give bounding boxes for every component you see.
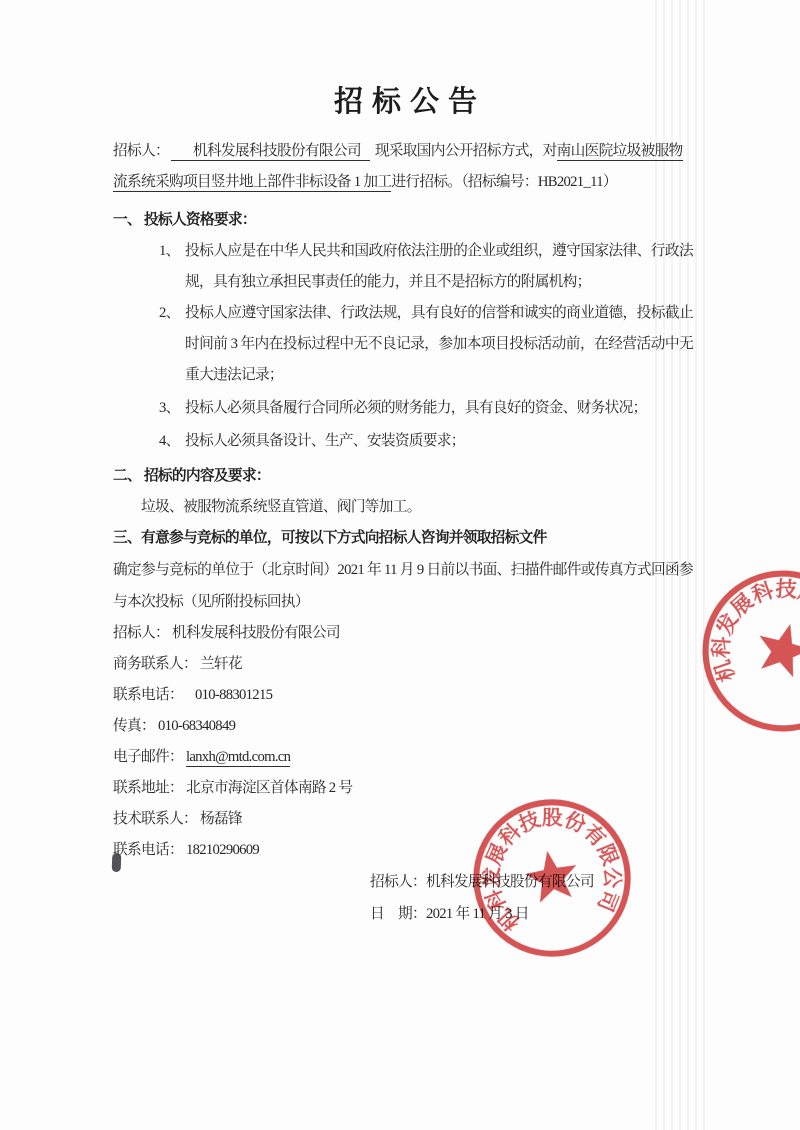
ink-smudge (112, 853, 122, 872)
intro-paragraph: 招标人：机科发展科技股份有限公司现采取国内公开招标方式，对南山医院垃圾被服物 流… (113, 136, 693, 198)
section-1-heading: 一、 投标人资格要求： (113, 205, 693, 236)
email-link[interactable]: lanxh@mtd.com.cn (186, 749, 290, 767)
list-item: 2、 投标人应遵守国家法律、行政法规，具有良好的信誉和诚实的商业道德，投标截止时… (113, 298, 693, 391)
contact-line-business-contact: 商务联系人：兰轩花 (113, 649, 693, 680)
section-3-heading: 三、有意参与竞标的单位，可按以下方式向招标人咨询并领取招标文件 (113, 523, 693, 554)
contact-value: 18210290609 (186, 842, 259, 858)
contact-line-fax: 传真：010-68340849 (113, 711, 693, 742)
contact-value: 北京市海淀区首体南路 2 号 (186, 780, 352, 796)
list-item: 3、 投标人必须具备履行合同所必须的财务能力，具有良好的资金、财务状况； (113, 393, 693, 424)
contact-line-phone: 联系电话：010-88301215 (113, 680, 693, 711)
contact-value: 兰轩花 (200, 656, 242, 672)
list-item: 1、 投标人应是在中华人民共和国政府依法注册的企业或组织，遵守国家法律、行政法规… (113, 236, 693, 298)
contact-value: 杨磊锋 (200, 811, 242, 827)
list-item-text: 投标人必须具备履行合同所必须的财务能力，具有良好的资金、财务状况； (185, 393, 693, 424)
list-item-text: 投标人必须具备设计、生产、安装资质要求； (185, 426, 693, 457)
list-item-text: 投标人应遵守国家法律、行政法规，具有良好的信誉和诚实的商业道德，投标截止时间前 … (185, 298, 693, 391)
contact-line-email: 电子邮件：lanxh@mtd.com.cn (113, 742, 693, 773)
intro-mid-text: 现采取国内公开招标方式，对 (375, 143, 557, 159)
contact-value: 010-88301215 (195, 687, 272, 703)
intro-line-1: 招标人：机科发展科技股份有限公司现采取国内公开招标方式，对南山医院垃圾被服物 (113, 136, 693, 167)
list-item-number: 2、 (159, 298, 185, 391)
company-seal-stamp-top-right: 机科发展科技股份有限公司 (675, 543, 800, 759)
contact-label: 招标人： (113, 625, 169, 641)
contact-value: 010-68340849 (158, 718, 235, 734)
contact-line-bidder: 招标人：机科发展科技股份有限公司 (113, 618, 693, 649)
contact-label: 传真： (113, 718, 155, 734)
contact-label: 联系电话： (113, 842, 183, 858)
contact-label: 技术联系人： (113, 811, 197, 827)
page-title: 招标公告 (113, 84, 693, 120)
intro-tail-text: 进行招标。（招标编号：HB2021_11） (391, 174, 616, 190)
contact-label: 联系地址： (113, 780, 183, 796)
list-item-text: 投标人应是在中华人民共和国政府依法注册的企业或组织，遵守国家法律、行政法规，具有… (185, 236, 693, 298)
list-item-number: 1、 (159, 236, 185, 298)
list-item-number: 3、 (159, 393, 185, 424)
section-2-body: 垃圾、被服物流系统竖直管道、阀门等加工。 (141, 492, 693, 523)
project-name-part2-underlined: 流系统采购项目竖井地上部件非标设备 1 加工 (113, 174, 391, 192)
signature-date-label: 日 期： (370, 906, 426, 922)
intro-line-2: 流系统采购项目竖井地上部件非标设备 1 加工进行招标。（招标编号：HB2021_… (113, 167, 693, 198)
contact-label: 电子邮件： (113, 749, 183, 765)
section-3-paragraph: 确定参与竞标的单位于（北京时间）2021 年 11 月 9 日前以书面、扫描件邮… (113, 554, 693, 618)
section-2-heading: 二、 招标的内容及要求： (113, 461, 693, 492)
bidder-label: 招标人： (113, 143, 169, 159)
contact-value: 机科发展科技股份有限公司 (172, 625, 340, 641)
seal-star-icon (521, 846, 581, 904)
list-item: 4、 投标人必须具备设计、生产、安装资质要求； (113, 426, 693, 457)
contact-label: 联系电话： (113, 687, 183, 703)
scanned-document-page: 招标公告 招标人：机科发展科技股份有限公司现采取国内公开招标方式，对南山医院垃圾… (0, 0, 800, 1130)
company-seal-stamp-bottom: 机科发展科技股份有限公司 (452, 778, 651, 977)
bidder-company-underlined: 机科发展科技股份有限公司 (171, 143, 370, 161)
contact-label: 商务联系人： (113, 656, 197, 672)
project-name-part1-underlined: 南山医院垃圾被服物 (557, 143, 683, 161)
seal-star-icon (751, 617, 800, 680)
list-item-number: 4、 (159, 426, 185, 457)
signature-bidder-label: 招标人： (370, 874, 426, 890)
